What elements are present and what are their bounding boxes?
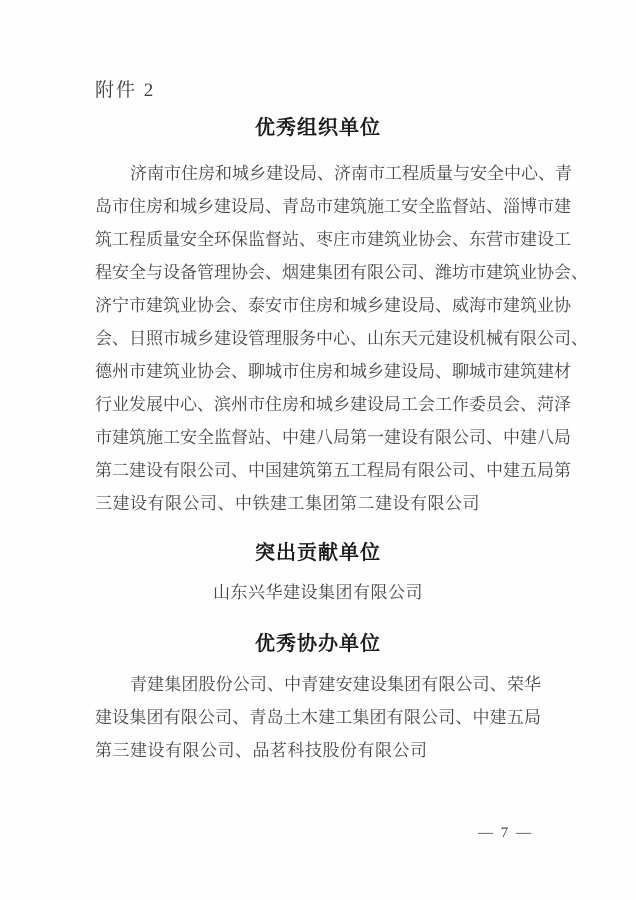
organization-units-paragraph: 济南市住房和城乡建设局、济南市工程质量与安全中心、青 岛市住房和城乡建设局、青岛… xyxy=(95,157,541,520)
paragraph-line: 程安全与设备管理协会、烟建集团有限公司、潍坊市建筑业协会、 xyxy=(95,256,541,289)
paragraph-line: 青建集团股份公司、中青建安建设集团有限公司、荣华 xyxy=(95,668,541,701)
paragraph-line: 济宁市建筑业协会、泰安市住房和城乡建设局、威海市建筑业协 xyxy=(95,289,541,322)
section-heading-excellent-organization: 优秀组织单位 xyxy=(0,112,636,145)
section-heading-outstanding-contribution: 突出贡献单位 xyxy=(0,537,636,570)
attachment-label: 附件 2 xyxy=(95,78,155,104)
paragraph-line: 会、日照市城乡建设管理服务中心、山东天元建设机械有限公司、 xyxy=(95,322,541,355)
paragraph-line: 三建设有限公司、中铁建工集团第二建设有限公司 xyxy=(95,487,541,520)
coorganizer-units-paragraph: 青建集团股份公司、中青建安建设集团有限公司、荣华 建设集团有限公司、青岛土木建工… xyxy=(95,668,541,767)
section-heading-excellent-coorganizer: 优秀协办单位 xyxy=(0,628,636,661)
paragraph-line: 市建筑施工安全监督站、中建八局第一建设有限公司、中建八局 xyxy=(95,421,541,454)
paragraph-line: 行业发展中心、滨州市住房和城乡建设局工会工作委员会、菏泽 xyxy=(95,388,541,421)
paragraph-line: 济南市住房和城乡建设局、济南市工程质量与安全中心、青 xyxy=(95,157,541,190)
document-page: 附件 2 优秀组织单位 济南市住房和城乡建设局、济南市工程质量与安全中心、青 岛… xyxy=(0,0,636,900)
contribution-unit-name: 山东兴华建设集团有限公司 xyxy=(0,576,636,609)
paragraph-line: 岛市住房和城乡建设局、青岛市建筑施工安全监督站、淄博市建 xyxy=(95,190,541,223)
paragraph-line: 第二建设有限公司、中国建筑第五工程局有限公司、中建五局第 xyxy=(95,454,541,487)
paragraph-line: 建设集团有限公司、青岛土木建工集团有限公司、中建五局 xyxy=(95,701,541,734)
paragraph-line: 筑工程质量安全环保监督站、枣庄市建筑业协会、东营市建设工 xyxy=(95,223,541,256)
paragraph-line: 德州市建筑业协会、聊城市住房和城乡建设局、聊城市建筑建材 xyxy=(95,355,541,388)
paragraph-line: 第三建设有限公司、品茗科技股份有限公司 xyxy=(95,734,541,767)
page-number: — 7 — xyxy=(478,822,533,844)
